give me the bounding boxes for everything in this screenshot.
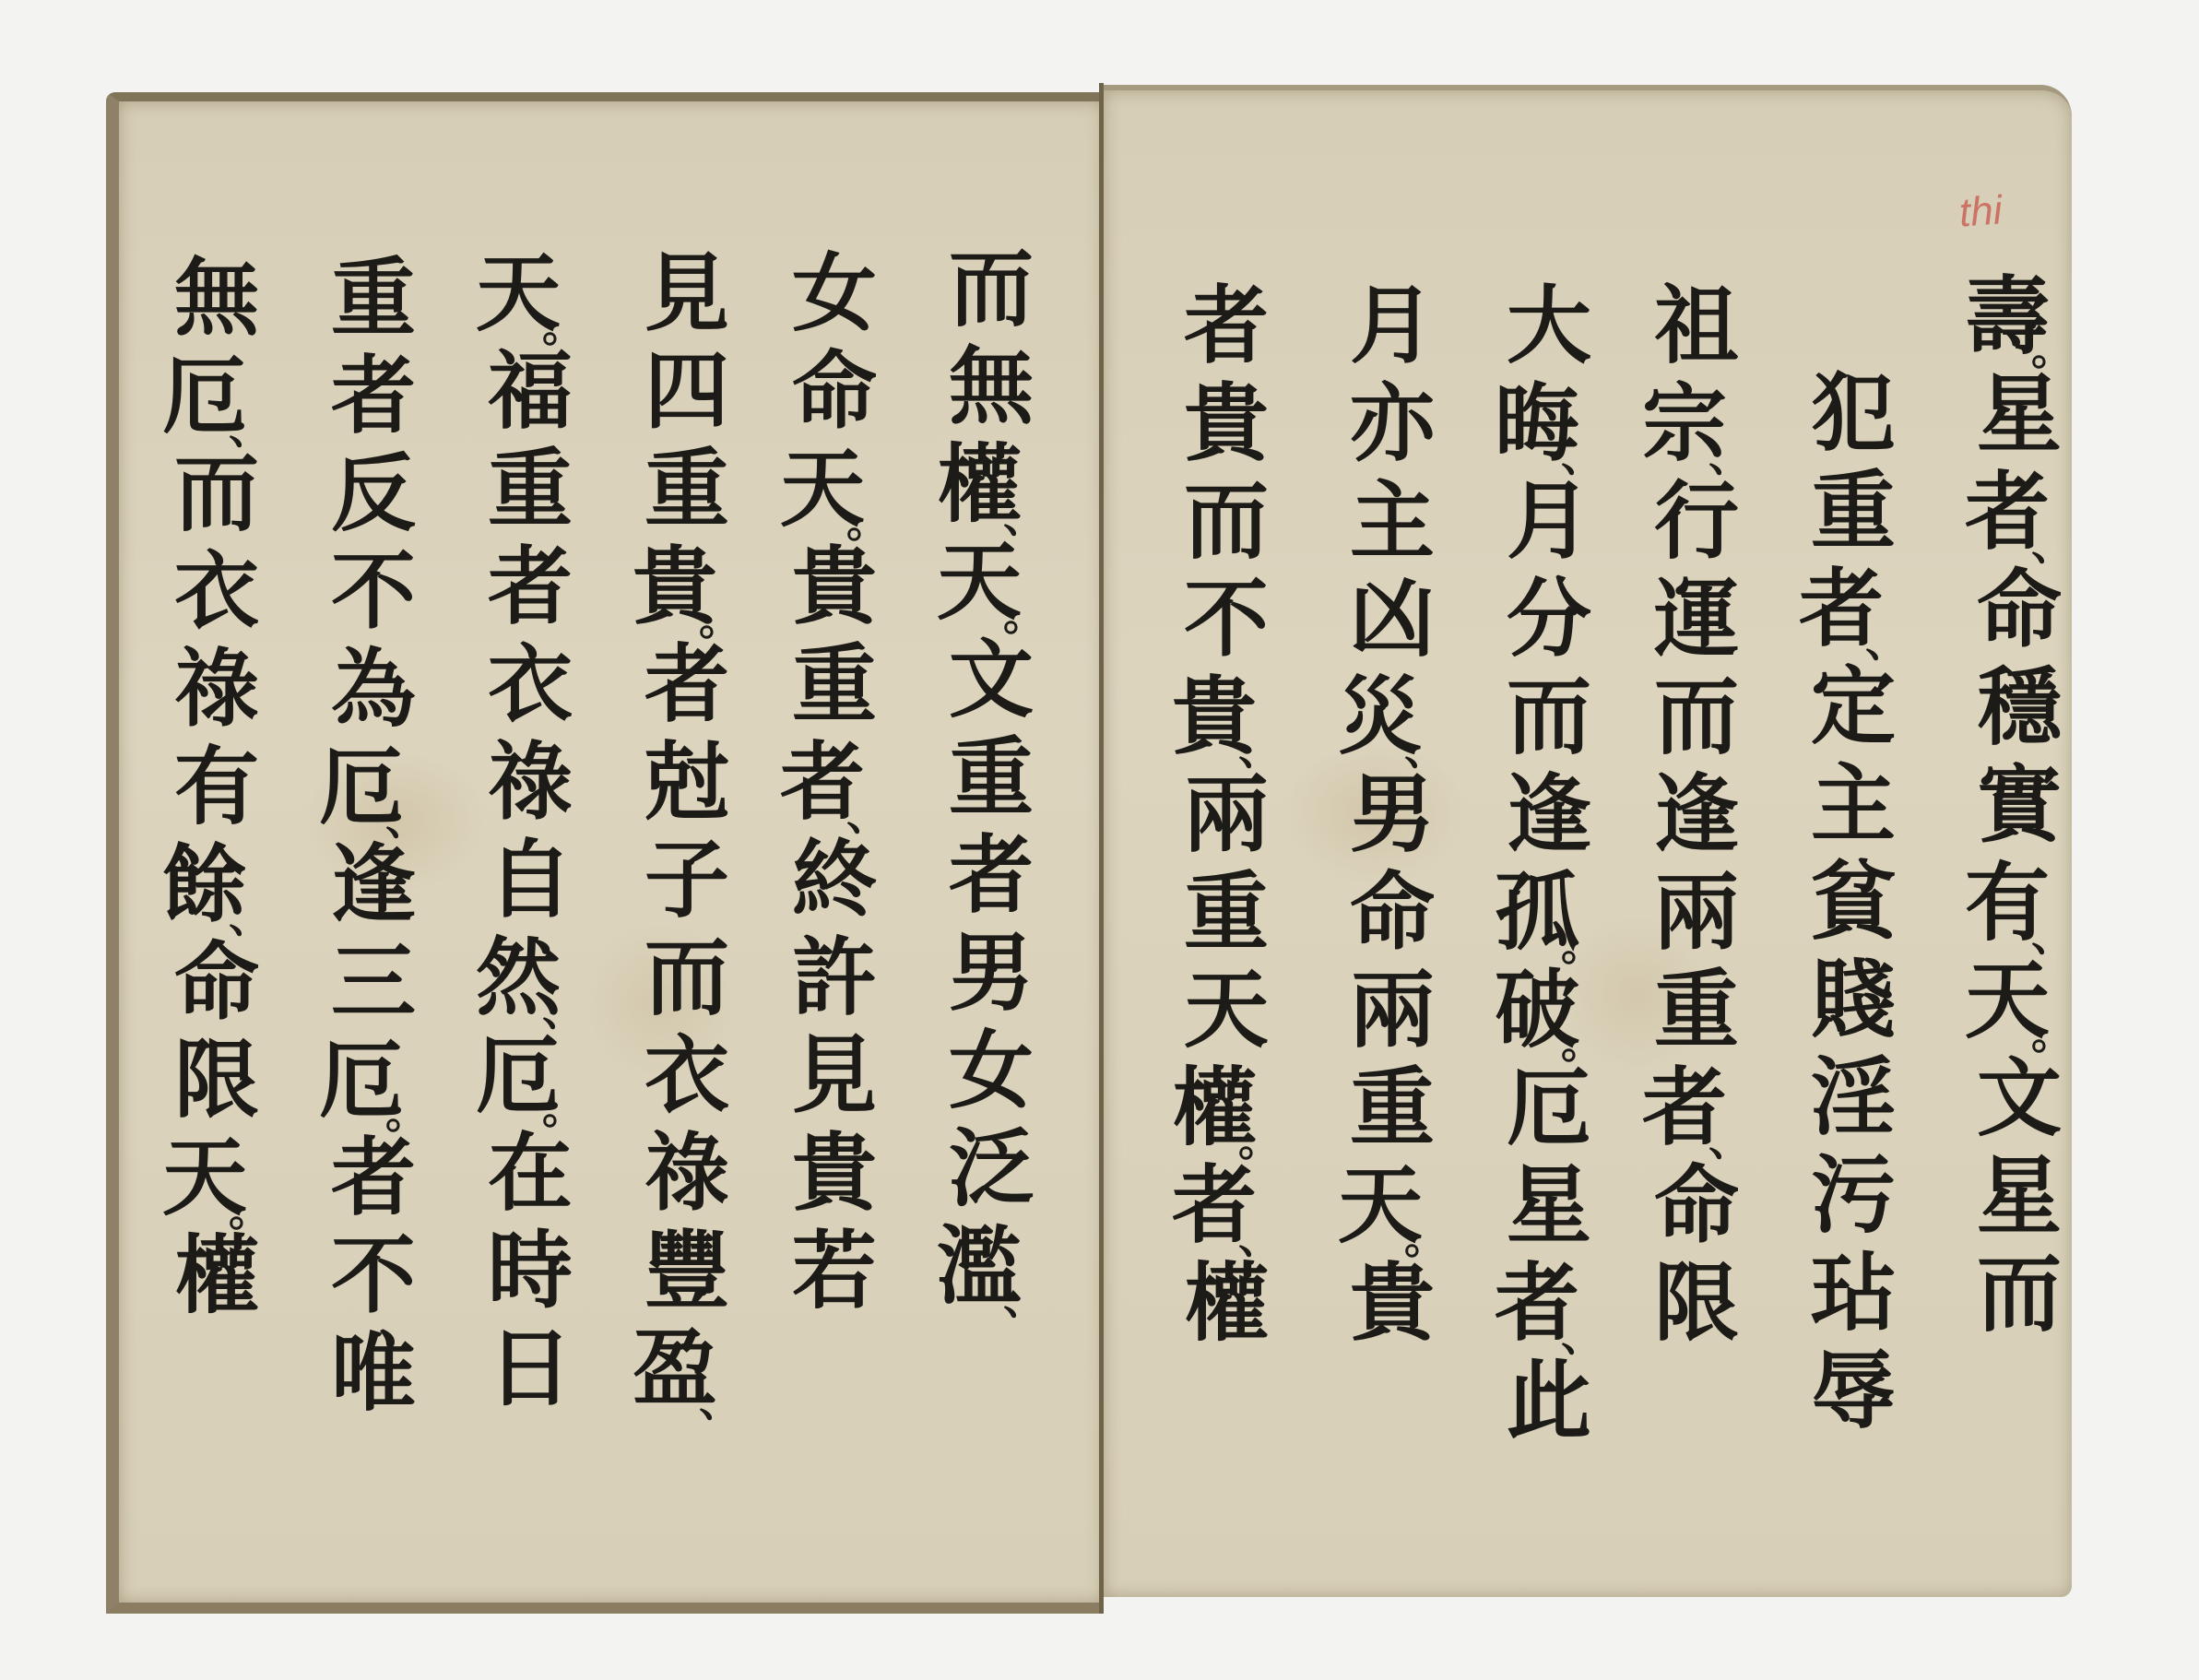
glyph: 限	[1627, 1254, 1766, 1352]
glyph: 宗、	[1627, 374, 1766, 472]
glyph: 泛	[922, 1119, 1060, 1217]
glyph: 見	[765, 1026, 904, 1124]
glyph: 重	[765, 635, 904, 733]
pause-mark: 、	[1238, 1213, 1281, 1263]
glyph: 見	[618, 244, 756, 342]
glyph: 厄	[1480, 1059, 1618, 1156]
glyph: 時	[461, 1222, 599, 1319]
glyph: 者、	[765, 733, 904, 831]
glyph: 天。	[1950, 952, 2088, 1049]
pause-mark: 、	[1404, 725, 1447, 775]
glyph: 重	[1157, 863, 1295, 961]
text-column: 見四重貴。者尅子而衣祿豐盈、	[618, 244, 756, 1417]
glyph: 貴	[1157, 374, 1295, 472]
text-column: 月亦主凶災、男命兩重天。貴	[1323, 277, 1461, 1352]
pause-mark: 、	[846, 790, 889, 840]
pause-mark: 、	[229, 404, 271, 454]
glyph: 孤。	[1480, 863, 1618, 961]
glyph: 貴、	[1157, 668, 1295, 765]
glyph: 運	[1627, 570, 1766, 668]
glyph: 權	[148, 1226, 286, 1324]
pause-mark: 、	[2031, 911, 2074, 961]
glyph: 福	[461, 342, 599, 440]
glyph: 厄、	[304, 738, 443, 835]
glyph: 兩	[1627, 863, 1766, 961]
open-book: thi 壽。星者、命穩實有、天。文星而 犯重者、定主貧賤淫污玷辱 祖宗、行運而逢…	[0, 0, 2199, 1680]
glyph: 而	[922, 240, 1060, 337]
glyph: 反	[304, 444, 443, 542]
emphasis-circle-mark: 。	[542, 302, 585, 351]
text-column: 犯重者、定主貧賤淫污玷辱	[1784, 364, 1922, 1439]
glyph: 星	[1480, 1156, 1618, 1254]
glyph: 逢	[304, 835, 443, 933]
glyph: 唯	[304, 1324, 443, 1422]
emphasis-circle-mark: 。	[846, 497, 889, 547]
glyph: 命	[148, 933, 286, 1031]
glyph: 命	[1323, 863, 1461, 961]
glyph: 不	[304, 1226, 443, 1324]
glyph: 淫	[1784, 1048, 1922, 1146]
glyph: 有	[148, 738, 286, 835]
glyph: 者	[618, 635, 756, 733]
glyph: 天。	[765, 440, 904, 538]
glyph: 貴。	[618, 538, 756, 635]
glyph: 兩	[1157, 765, 1295, 863]
glyph: 不	[1157, 570, 1295, 668]
red-pencil-annotation: thi	[1957, 187, 2004, 236]
glyph: 而	[1157, 472, 1295, 570]
text-column: 者貴而不貴、兩重天權。者、權	[1157, 277, 1295, 1352]
glyph: 貴	[765, 1124, 904, 1222]
glyph: 日	[461, 1319, 599, 1417]
glyph: 不	[304, 542, 443, 640]
glyph: 者	[1157, 277, 1295, 374]
glyph: 者、	[1627, 1059, 1766, 1156]
glyph: 辱	[1784, 1342, 1922, 1439]
pause-mark: 、	[1003, 1274, 1046, 1324]
glyph: 凶	[1323, 570, 1461, 668]
glyph: 權	[1157, 1254, 1295, 1352]
glyph: 尅	[618, 733, 756, 831]
glyph: 衣	[618, 1026, 756, 1124]
glyph: 豐	[618, 1222, 756, 1319]
glyph: 月	[1480, 472, 1618, 570]
glyph: 玷	[1784, 1244, 1922, 1342]
glyph: 者	[461, 538, 599, 635]
glyph: 重	[1784, 462, 1922, 560]
text-column: 重者反不為厄、逢三厄。者不唯	[304, 249, 443, 1422]
glyph: 盈、	[618, 1319, 756, 1417]
glyph: 祿	[461, 733, 599, 831]
pause-mark: 、	[1865, 617, 1908, 667]
glyph: 災、	[1323, 668, 1461, 765]
glyph: 若	[765, 1222, 904, 1319]
glyph: 污	[1784, 1146, 1922, 1244]
glyph: 分	[1480, 570, 1618, 668]
glyph: 犯	[1784, 364, 1922, 462]
glyph: 者	[304, 1129, 443, 1226]
emphasis-circle-mark: 。	[1561, 1018, 1603, 1068]
glyph: 衣	[461, 635, 599, 733]
glyph: 主	[1323, 472, 1461, 570]
glyph: 為	[304, 640, 443, 738]
glyph: 天。	[1323, 1156, 1461, 1254]
emphasis-circle-mark: 。	[229, 1186, 271, 1236]
glyph: 命	[1627, 1156, 1766, 1254]
pause-mark: 、	[1708, 432, 1751, 481]
glyph: 文	[1950, 1049, 2088, 1147]
emphasis-circle-mark: 。	[2031, 1009, 2074, 1059]
glyph: 而	[1480, 668, 1618, 765]
glyph: 命	[1950, 561, 2088, 658]
glyph: 貧	[1784, 853, 1922, 951]
glyph: 餘、	[148, 835, 286, 933]
glyph: 終	[765, 831, 904, 929]
text-column: 無厄、而衣祿有餘、命限天。權	[148, 249, 286, 1324]
text-column: 祖宗、行運而逢兩重者、命限	[1627, 277, 1766, 1352]
emphasis-circle-mark: 。	[1238, 1116, 1281, 1165]
emphasis-circle-mark: 。	[385, 1088, 428, 1138]
glyph: 實	[1950, 756, 2088, 854]
glyph: 月	[1323, 277, 1461, 374]
glyph: 濫、	[922, 1217, 1060, 1315]
glyph: 天	[1157, 961, 1295, 1059]
glyph: 無	[922, 337, 1060, 435]
glyph: 衣	[148, 542, 286, 640]
glyph: 自	[461, 831, 599, 929]
book-spine-fold	[1099, 83, 1104, 1614]
glyph: 許	[765, 929, 904, 1026]
glyph: 男	[922, 924, 1060, 1022]
glyph: 厄。	[461, 1026, 599, 1124]
glyph: 子	[618, 831, 756, 929]
glyph: 有、	[1950, 854, 2088, 952]
glyph: 大	[1480, 277, 1618, 374]
glyph: 命	[765, 342, 904, 440]
text-column: 而無權、天。文重者男女泛濫、	[922, 240, 1060, 1315]
glyph: 賤	[1784, 951, 1922, 1048]
glyph: 重	[304, 249, 443, 347]
pause-mark: 、	[385, 795, 428, 845]
pause-mark: 、	[1561, 432, 1603, 481]
glyph: 然、	[461, 929, 599, 1026]
glyph: 在	[461, 1124, 599, 1222]
glyph: 天。	[461, 244, 599, 342]
glyph: 厄。	[304, 1031, 443, 1129]
glyph: 重	[618, 440, 756, 538]
glyph: 貴	[765, 538, 904, 635]
glyph: 而	[1627, 668, 1766, 765]
glyph: 逢	[1480, 765, 1618, 863]
glyph: 文	[922, 631, 1060, 728]
glyph: 兩	[1323, 961, 1461, 1059]
emphasis-circle-mark: 。	[699, 595, 741, 645]
glyph: 者、	[1480, 1254, 1618, 1352]
text-column: 壽。星者、命穩實有、天。文星而	[1950, 267, 2088, 1343]
glyph: 者、	[1950, 463, 2088, 561]
glyph: 此	[1480, 1352, 1618, 1449]
glyph: 貴	[1323, 1254, 1461, 1352]
glyph: 星	[1950, 1147, 2088, 1245]
glyph: 重	[1323, 1059, 1461, 1156]
pause-mark: 、	[1238, 725, 1281, 775]
glyph: 亦	[1323, 374, 1461, 472]
pause-mark: 、	[699, 1377, 741, 1426]
glyph: 而	[148, 444, 286, 542]
glyph: 重	[1627, 961, 1766, 1059]
glyph: 權、	[922, 435, 1060, 533]
glyph: 行	[1627, 472, 1766, 570]
glyph: 破。	[1480, 961, 1618, 1059]
glyph: 星	[1950, 365, 2088, 463]
glyph: 權。	[1157, 1059, 1295, 1156]
text-column: 大晦、月分而逢孤。破。厄星者、此	[1480, 277, 1618, 1449]
text-column: 天。福重者衣祿自然、厄。在時日	[461, 244, 599, 1417]
emphasis-circle-mark: 。	[1561, 920, 1603, 970]
pause-mark: 、	[1561, 1311, 1603, 1361]
glyph: 者	[304, 347, 443, 444]
emphasis-circle-mark: 。	[2031, 325, 2074, 374]
glyph: 穩	[1950, 658, 2088, 756]
glyph: 天。	[922, 533, 1060, 631]
pause-mark: 、	[1708, 1116, 1751, 1165]
glyph: 者、	[1157, 1156, 1295, 1254]
text-column: 女命天。貴重者、終許見貴若	[765, 244, 904, 1319]
glyph: 逢	[1627, 765, 1766, 863]
glyph: 祿	[618, 1124, 756, 1222]
glyph: 女	[765, 244, 904, 342]
glyph: 壽。	[1950, 267, 2088, 365]
pause-mark: 、	[2031, 520, 2074, 570]
glyph: 四	[618, 342, 756, 440]
glyph: 重	[461, 440, 599, 538]
emphasis-circle-mark: 。	[542, 1083, 585, 1133]
emphasis-circle-mark: 。	[1404, 1213, 1447, 1263]
glyph: 祿	[148, 640, 286, 738]
pause-mark: 、	[229, 893, 271, 942]
glyph: 厄、	[148, 347, 286, 444]
glyph: 者、	[1784, 560, 1922, 657]
glyph: 而	[618, 929, 756, 1026]
glyph: 祖	[1627, 277, 1766, 374]
glyph: 天。	[148, 1129, 286, 1226]
pause-mark: 、	[1003, 492, 1046, 542]
glyph: 重	[922, 728, 1060, 826]
glyph: 無	[148, 249, 286, 347]
glyph: 男	[1323, 765, 1461, 863]
glyph: 而	[1950, 1245, 2088, 1343]
glyph: 三	[304, 933, 443, 1031]
emphasis-circle-mark: 。	[1003, 590, 1046, 640]
glyph: 限	[148, 1031, 286, 1129]
glyph: 者	[922, 826, 1060, 924]
glyph: 晦、	[1480, 374, 1618, 472]
glyph: 定	[1784, 657, 1922, 755]
glyph: 主	[1784, 755, 1922, 853]
pause-mark: 、	[542, 986, 585, 1035]
glyph: 女	[922, 1022, 1060, 1119]
